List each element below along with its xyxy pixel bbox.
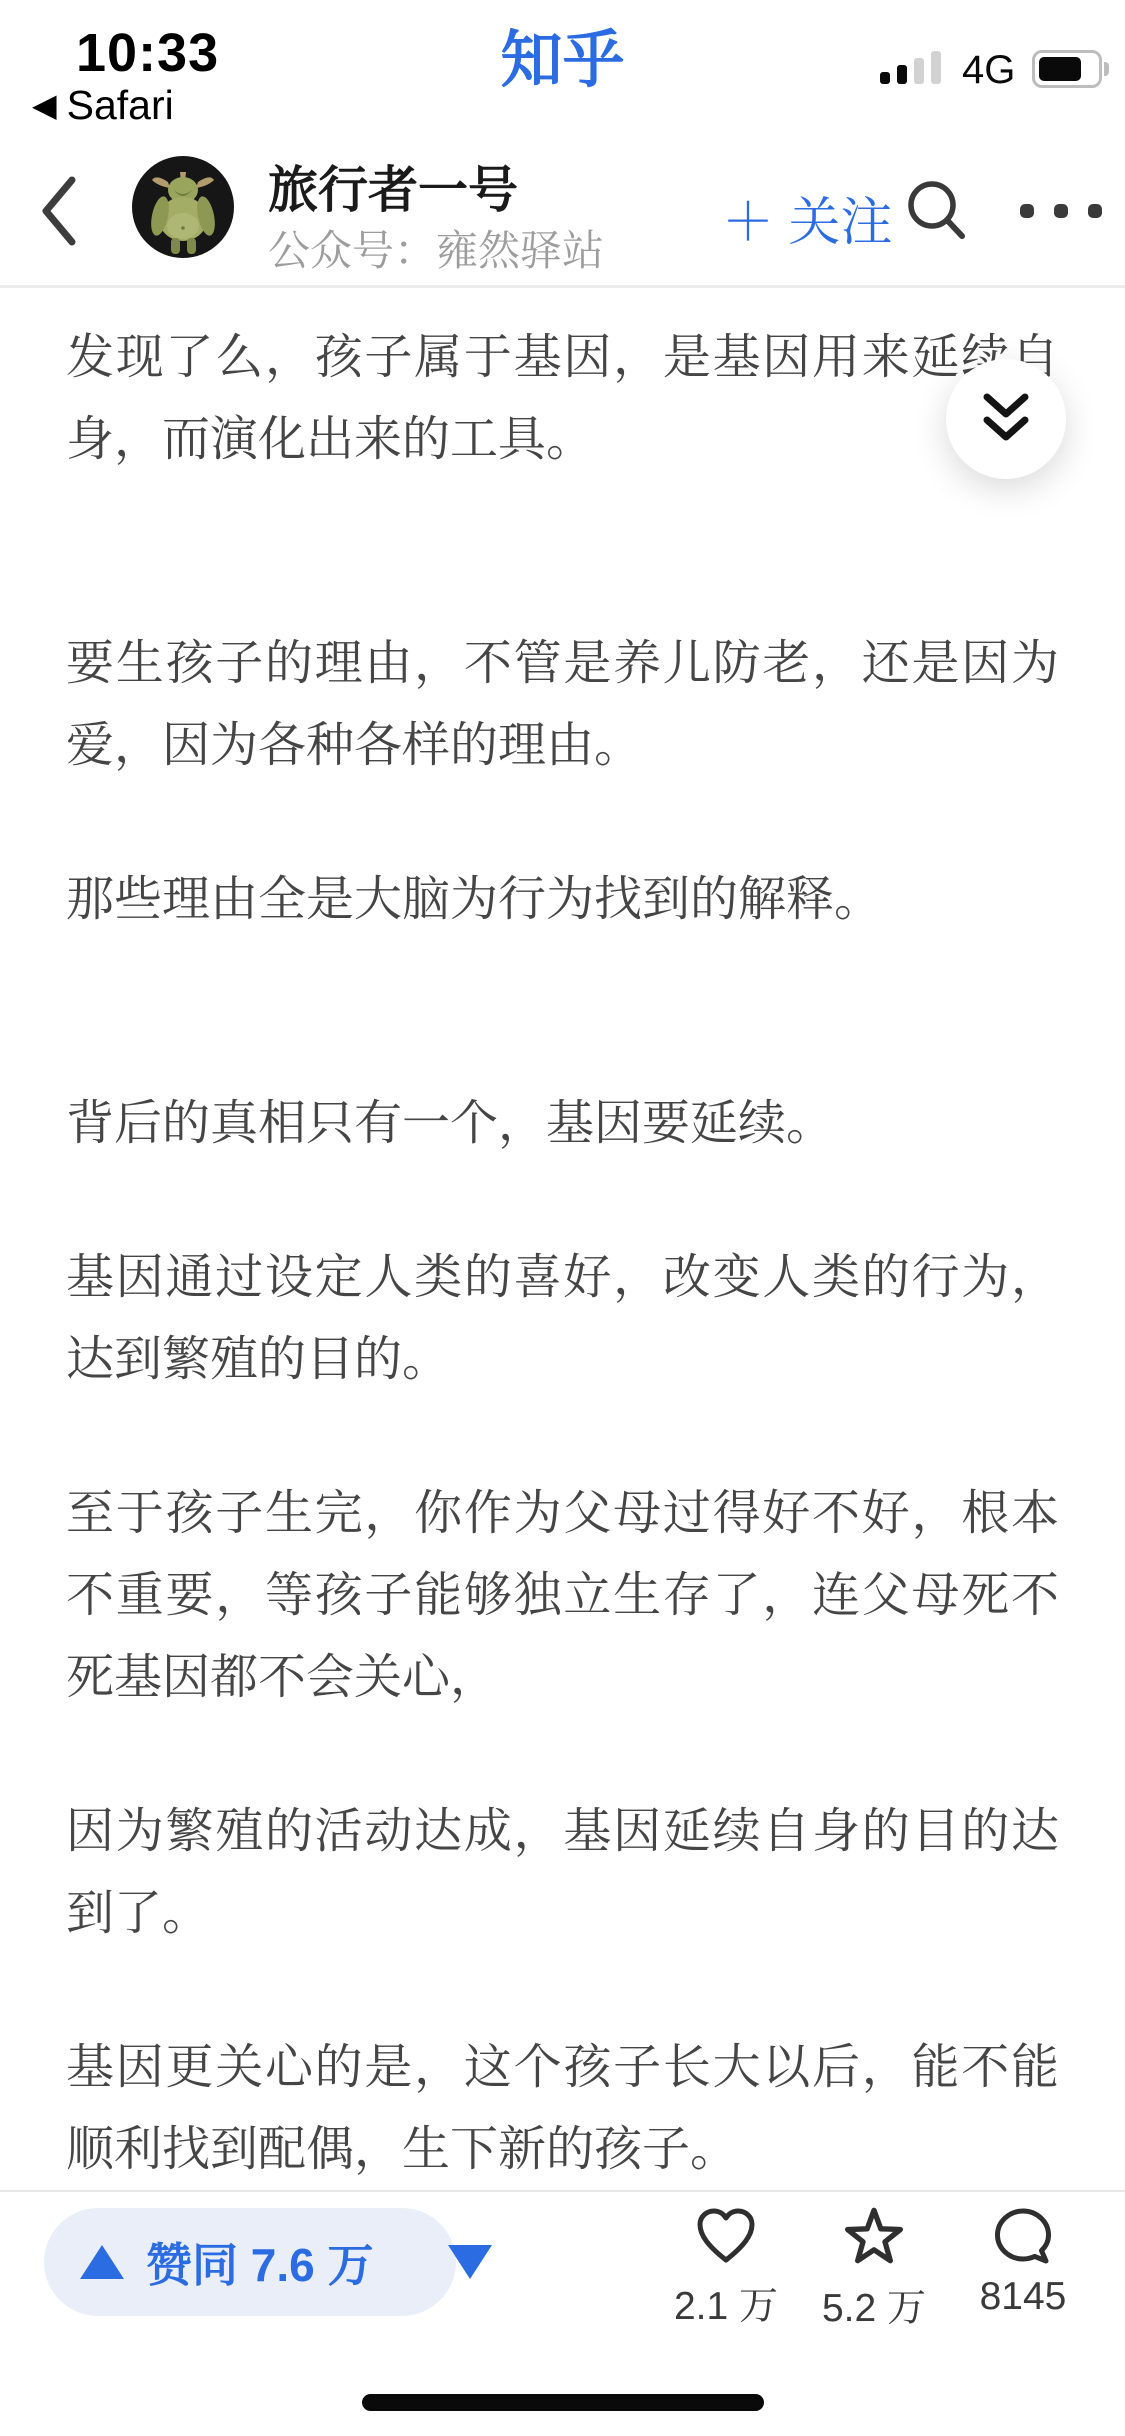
vote-pill: 赞同 7.6 万: [44, 2208, 456, 2316]
favorite-button[interactable]: 5.2 万: [799, 2206, 949, 2333]
paragraph: 基因通过设定人类的喜好，改变人类的行为，达到繁殖的目的。: [66, 1237, 1059, 1401]
upvote-button[interactable]: [80, 2245, 124, 2279]
comment-count: 8145: [948, 2275, 1098, 2319]
follow-button[interactable]: ＋ 关注: [722, 180, 892, 255]
paragraph: 至于孩子生完，你作为父母过得好不好，根本不重要，等孩子能够独立生存了，连父母死不…: [66, 1473, 1059, 1719]
back-button[interactable]: [38, 174, 80, 253]
collapse-answer-button[interactable]: [946, 359, 1066, 479]
paragraph: 因为繁殖的活动达成，基因延续自身的目的达到了。: [66, 1791, 1059, 1955]
back-to-app-label: Safari: [67, 82, 174, 129]
network-type-label: 4G: [962, 48, 1015, 93]
downvote-button[interactable]: [448, 2245, 492, 2279]
author-name[interactable]: 旅行者一号: [268, 150, 518, 222]
ellipsis-icon: [1020, 204, 1034, 218]
favorite-count: 5.2 万: [799, 2277, 949, 2333]
heart-icon: [694, 2206, 758, 2266]
home-indicator[interactable]: [362, 2394, 764, 2411]
paragraph: 那些理由全是大脑为行为找到的解释。: [66, 859, 1059, 941]
comment-button[interactable]: 8145: [948, 2206, 1098, 2319]
search-button[interactable]: [903, 176, 973, 251]
article-body: 发现了么，孩子属于基因，是基因用来延续自身，而演化出来的工具。 要生孩子的理由，…: [66, 285, 1059, 2191]
more-button[interactable]: [1020, 204, 1102, 218]
back-to-safari-button[interactable]: ◀ Safari: [32, 82, 174, 129]
back-to-app-icon: ◀: [32, 85, 57, 126]
paragraph: 发现了么，孩子属于基因，是基因用来延续自身，而演化出来的工具。: [66, 317, 1059, 481]
like-count: 2.1 万: [651, 2275, 801, 2331]
battery-icon: [1032, 50, 1102, 88]
paragraph: 基因更关心的是，这个孩子长大以后，能不能顺利找到配偶，生下新的孩子。: [66, 2027, 1059, 2191]
paragraph: 要生孩子的理由，不管是养儿防老，还是因为爱，因为各种各样的理由。: [66, 623, 1059, 787]
double-chevron-down-icon: [981, 392, 1031, 446]
search-icon: [903, 176, 973, 246]
star-icon: [842, 2206, 906, 2268]
signal-strength-icon: [880, 48, 952, 84]
phone-screen: 10:33 知乎 ◀ Safari 4G: [0, 0, 1125, 2436]
comment-icon: [992, 2206, 1054, 2266]
paragraph: 背后的真相只有一个，基因要延续。: [66, 1083, 1059, 1165]
avatar[interactable]: [132, 156, 234, 258]
author-subtitle: 公众号：雍然驿站: [268, 218, 604, 278]
like-button[interactable]: 2.1 万: [651, 2206, 801, 2331]
upvote-label[interactable]: 赞同 7.6 万: [146, 2229, 374, 2295]
